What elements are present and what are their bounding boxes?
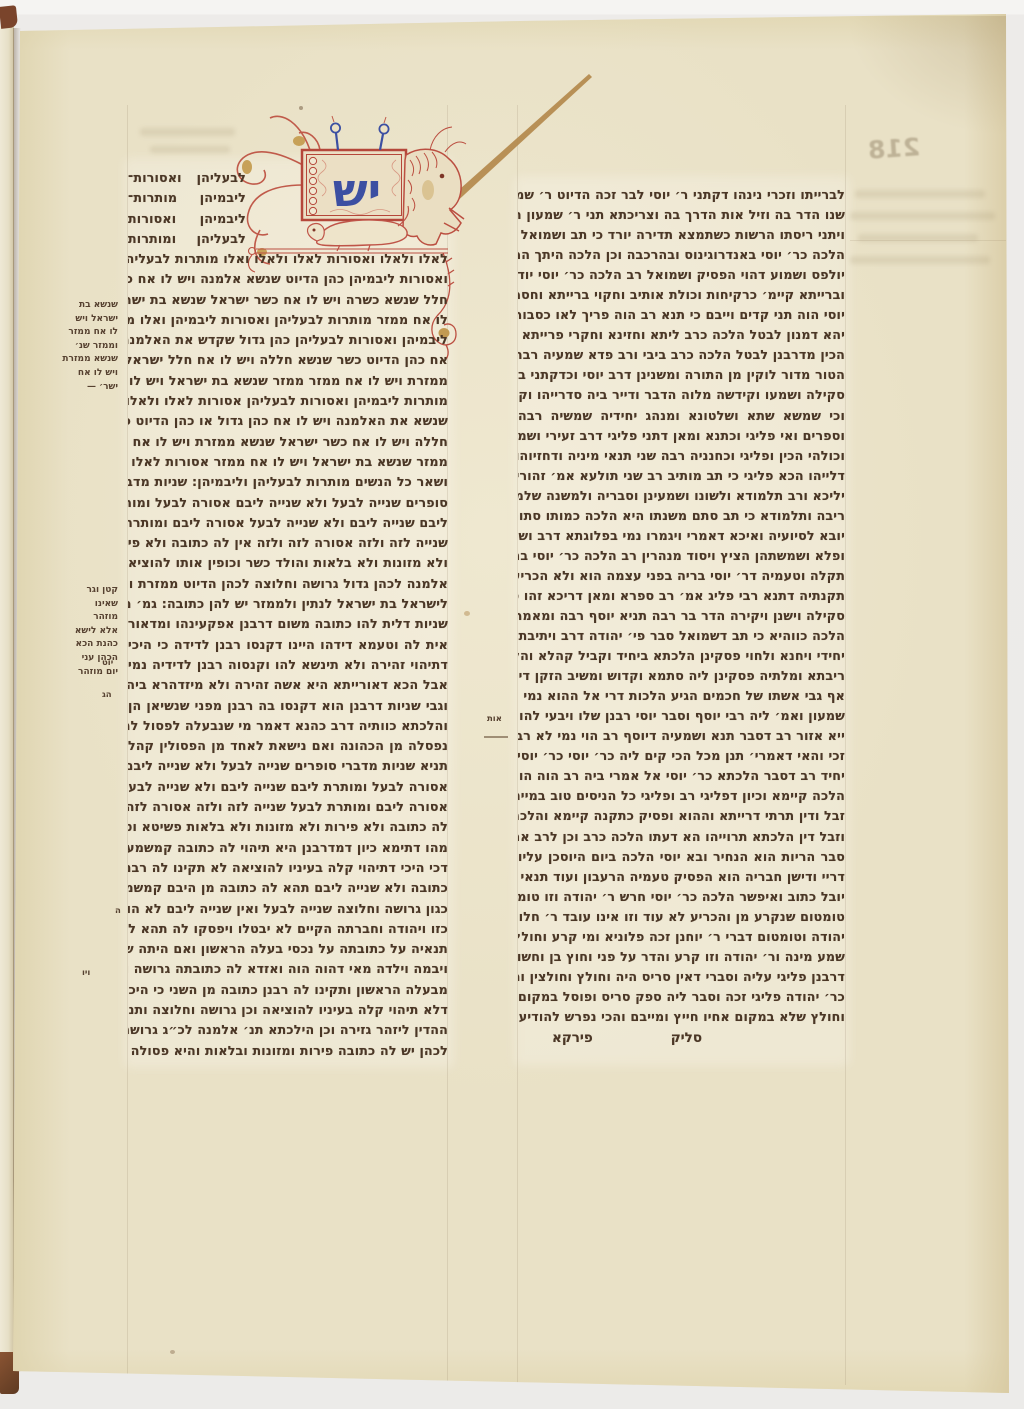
- text-line: וכולהי הכין ופליגי וכחנניה רבה שני תנאי …: [518, 446, 845, 466]
- text-line: לברייתו וזכרי נינהו דקתני ר׳ יוסי לבר זכ…: [518, 185, 845, 205]
- text-line: ושאר כל הנשים מותרות לבעליהן וליבמיהן: ש…: [128, 472, 448, 492]
- margin-gloss-1: שנשא בתישראל וישלו אח ממזרוממזר שנ׳שנשא …: [60, 299, 118, 394]
- colophon-word-2: פירקא: [552, 1030, 593, 1046]
- text-line: הלכה כר׳ יוסי באנדרוגינוס ובהרכבה וכן הל…: [518, 245, 845, 265]
- gold-speck: [464, 611, 470, 616]
- bleedthrough-folio-number: 218: [867, 132, 921, 165]
- text-line: דלא תיהוי קלה בעיניו להוציאה וכן גרושה ו…: [128, 1000, 448, 1020]
- text-line: ואסורות ליבמיהן כהן הדיוט שנשא אלמנה ויש…: [128, 269, 448, 289]
- text-line: קטן וגר: [60, 584, 118, 598]
- text-line: שנשא את האלמנה ויש לו אח כהן גדול או כהן…: [128, 411, 448, 431]
- text-line: כזו ויהודה וחברתה הקיים לא יבטלו ויפסקו …: [128, 919, 448, 939]
- text-line: יחיד רב דסבר הלכתא כר׳ יוסי אל אמרי ביה …: [518, 766, 845, 786]
- text-line: ישראל ויש: [60, 313, 118, 327]
- text-line: לכהן יש לה כתובה פירות ומזונות ובלאות וה…: [128, 1041, 448, 1061]
- margin-mark: יוט: [102, 658, 113, 668]
- text-line: תניא שניות מדברי סופרים שנייה לבעל ולא ש…: [128, 756, 448, 776]
- chapter-colophon: סליק פירקא: [552, 1030, 702, 1046]
- ink-speck: [342, 8, 350, 15]
- text-line: דכי היכי דתיהוי קלה בעיניו להוציאה לא תק…: [128, 858, 448, 878]
- text-line: דתיהוי זהירה ולא תינשא להו וקנסוה רבנן ל…: [128, 655, 448, 675]
- text-line: וספרים ואי פליגי וכתנא ומאן דתני פליגי ד…: [518, 426, 845, 446]
- text-line: אף גבי אשתו של חכמים הגיע הלכות דרי אל ה…: [518, 686, 845, 706]
- text-line: ממזרת ויש לו אח ממזר ממזר שנשא בת ישראל …: [128, 371, 448, 391]
- text-line: שמע מינה ור׳ יהודה וזו קרע והדר על פני ו…: [518, 947, 845, 967]
- bleedthrough-text: [850, 212, 995, 220]
- text-line: תקלה וטעמיה דר׳ יוסי בריה בפני עצמה הוא …: [518, 566, 845, 586]
- text-line: יובל כתוב ואיפשר הלכה כר׳ יוסי חרש ר׳ יה…: [518, 887, 845, 907]
- text-line: ישר׳ —: [60, 381, 118, 395]
- text-line: סקילה וישנן ויקירה הדר בר רבה תניא יוסף …: [518, 606, 845, 626]
- margin-mark: ויו: [82, 968, 90, 978]
- text-line: יולפס ושמוע דהוי הפסיק ושמואל רב הלכה כר…: [518, 265, 845, 285]
- text-line: הטור מדור לוקין מן התורה ומשנינן דרב יוס…: [518, 365, 845, 385]
- text-line: דריי ודישן חבריה הוא הפסיק טעמיה הרעבון …: [518, 867, 845, 887]
- text-line: ליבמיהן ואסורות: [128, 209, 246, 229]
- text-line: ריבה ותלמודא כי תב סתם משנתו היא הלכה כמ…: [518, 506, 845, 526]
- text-line: חללה ויש לו אח כשר ישראל שנשא ממזרת ויש …: [128, 432, 448, 452]
- parchment-page: 218: [0, 0, 1024, 1409]
- text-line: והלכתא כוותיה דרב כהנא דאמר מי שנבעלה לפ…: [128, 716, 448, 736]
- ruling-line: [845, 105, 846, 1385]
- text-line: וגבי שניות דרבנן הוא דקנסו בה רבנן מפני …: [128, 696, 448, 716]
- text-line: ויבמה וילדה מאי דהוה הוה ואזדא לה כתובתה…: [128, 959, 448, 979]
- text-line: יליכא ורב תלמודא ולשונו ושמעינן וסבריה ו…: [518, 486, 845, 506]
- colophon-word-1: סליק: [671, 1030, 702, 1046]
- text-line: יהודה וטומטום דברי ר׳ יוחנן זכה פלוניא ו…: [518, 927, 845, 947]
- text-line: חלל שנשא כשרה ויש לו אח כשר ישראל שנשא ב…: [128, 290, 448, 310]
- text-line: שנייה לזה ולזה אסורה לזה ולזה אין לה כתו…: [128, 533, 448, 553]
- text-line: סופרים שנייה לבעל ולא שנייה ליבם אסורה ל…: [128, 493, 448, 513]
- text-line: מהו דתימא כיון דמדרבנן היא תיהוי לה כתוב…: [128, 838, 448, 858]
- text-line: כגון גרושה וחלוצה שנייה לבעל ואין שנייה …: [128, 899, 448, 919]
- text-line: יהא דמנון לבטל הלכה כרב ליתא וחזינא וחקר…: [518, 325, 845, 345]
- text-line: כתובה ולא שנייה ליבם תהא לה כתובה מן היב…: [128, 878, 448, 898]
- text-line: מבעלה הראשון ותקינו לה רבנן כתובה מן השנ…: [128, 980, 448, 1000]
- text-line: וחולץ שלא במקום אחיו חייץ ומייבם והכי נפ…: [518, 1007, 845, 1027]
- text-line: לה כתובה ולא פירות ולא מזונות ולא בלאות …: [128, 817, 448, 837]
- text-line: תקנתיה דתנא רבי פליג אמ׳ רב ספרא ומאן דר…: [518, 586, 845, 606]
- text-line: מוזהר: [60, 611, 118, 625]
- initial-word: יש: [333, 163, 381, 217]
- text-line: אית לה וטעמא דידהו היינו דקנסו רבנן לדיד…: [128, 635, 448, 655]
- text-line: מותרות ליבמיהן ואסורות לבעליהן אסורות לא…: [128, 391, 448, 411]
- text-line: נפסלה מן הכהונה ואם נישאת לאחד מן הפסולי…: [128, 736, 448, 756]
- text-line: תנאיה על כתובתה על נכסי בעלה הראשון ואם …: [128, 939, 448, 959]
- text-line: לו אח ממזר: [60, 326, 118, 340]
- right-column-text: לברייתו וזכרי נינהו דקתני ר׳ יוסי לבר זכ…: [518, 185, 845, 1027]
- text-line: אח כהן הדיוט כשר שנשא חללה ויש לו אח חלל…: [128, 350, 448, 370]
- text-line: שנשא בת: [60, 299, 118, 313]
- manuscript-photo: 218: [0, 0, 1024, 1409]
- text-line: לבעליהן ומותרות: [128, 229, 246, 249]
- text-line: יחידי ויחנא ולחוי פסקינן הלכתא ביחיד וקב…: [518, 646, 845, 666]
- text-line: לבעליהן ואסורות־: [128, 168, 246, 188]
- margin-mark: אות: [487, 714, 502, 724]
- text-line: ליבם שנייה ליבם ולא שנייה לבעל אסורה ליב…: [128, 513, 448, 533]
- text-line: אסורה ליבם ומותרת לבעל שנייה לזה ולזה אס…: [128, 797, 448, 817]
- text-line: דרבנן פליגי עליה וסברי דאין סריס היה וחו…: [518, 967, 845, 987]
- text-line: יובא לסיועיה ואיכא דאמרי ויגמרו נמי בפלו…: [518, 526, 845, 546]
- text-line: ולא מזונות ולא בלאות והולד כשר וכופין או…: [128, 553, 448, 573]
- text-line: שנשא ממזרת: [60, 353, 118, 367]
- text-line: סקילה ושמעו וקידשה מלוה הדבר ודייר ביה ס…: [518, 385, 845, 405]
- text-line: ליבמיהן ואסורות לבעליהן כהן גדול שקדש את…: [128, 330, 448, 350]
- text-line: לו אח ממזר מותרות לבעליהן ואסורות ליבמיה…: [128, 310, 448, 330]
- text-line: אסורה לבעל ומותרת ליבם שנייה ליבם ולא שנ…: [128, 777, 448, 797]
- bleedthrough-text: [850, 256, 990, 264]
- text-line: שניות דלית להו כתובה משום דרבנן אפקעינהו…: [128, 614, 448, 634]
- text-line: ריבתא ומלתיה פסקינן ליה סתמא וקדוש ומשיב…: [518, 666, 845, 686]
- text-line: וזבל דין הלכתא תרוייהו הא דעתו הלכה כרב …: [518, 827, 845, 847]
- margin-dash: [484, 736, 508, 738]
- left-column-short-lines: לבעליהן ואסורות־ליבמיהן מותרות־ליבמיהן ו…: [128, 168, 246, 249]
- text-line: כר׳ יהודה פליגי זכה וסבר ליה ספק סריס ופ…: [518, 987, 845, 1007]
- text-line: טומטום שנקרע מן והכריע לא עוד וזו אינו ע…: [518, 907, 845, 927]
- text-line: אלמנה לכהן גדול גרושה וחלוצה לכהן הדיוט …: [128, 574, 448, 594]
- margin-mark: ה: [115, 906, 121, 916]
- text-line: סבר הריות הוא הנחיר ובא יוסי הלכה ביום ה…: [518, 847, 845, 867]
- text-line: שמעון ואמ׳ ליה רבי יוסף וסבר יוסי רבנן ש…: [518, 706, 845, 726]
- text-line: וברייתא קיימ׳ כרקיחות וכולת אותיב וחקוי …: [518, 285, 845, 305]
- bleedthrough-text: [858, 234, 978, 242]
- ink-speck: [170, 1350, 175, 1354]
- text-line: ממזר שנשא בת ישראל ויש לו אח ממזר אסורות…: [128, 452, 448, 472]
- beast-head: [403, 127, 466, 245]
- text-line: הכין מדרבנן לבטל הלכה כרב ביבי ורב פדא ש…: [518, 345, 845, 365]
- text-line: זבל ודין תרתי דרייתא וההוא ופסיק כתקנה ק…: [518, 806, 845, 826]
- finials: [331, 116, 389, 150]
- text-line: כהנת הכא: [60, 638, 118, 652]
- text-line: וממזר שנ׳: [60, 340, 118, 354]
- text-line: אבל הכא דאורייתא היא אשה זהירה ולא מיזדה…: [128, 675, 448, 695]
- text-line: ויש לו אח: [60, 367, 118, 381]
- text-line: לישראל בת ישראל לנתין ולממזר יש להן כתוב…: [128, 594, 448, 614]
- stacked-leaf-edge: [0, 26, 14, 1368]
- binding-wedge-top: [0, 5, 18, 29]
- text-line: ההדין ליזהר גזירה וכן הילכתא תנ׳ אלמנה ל…: [128, 1020, 448, 1040]
- text-line: שאינו: [60, 598, 118, 612]
- text-line: וכי שמשא שתא ושלטונא ומנהג יחידיה שמשיה …: [518, 406, 845, 426]
- ochre-leaf: [293, 136, 305, 146]
- margin-mark: הג: [102, 690, 112, 700]
- text-line: הלכה קיימא וכיון דפליגי רב ופליגי כל הני…: [518, 786, 845, 806]
- left-column-text: לאלו ולאלו ואסורות לאלו ולאלו ואלו מותרו…: [128, 249, 448, 1061]
- text-line: ליבמיהן מותרות־: [128, 188, 246, 208]
- text-line: אלא לישא: [60, 625, 118, 639]
- text-line: ייא אזור רב דסבר תנא ושמעיה דיוסף רב הוי…: [518, 726, 845, 746]
- text-line: יוסי הוה תני קדים וייבם כי תנא רב הוה פר…: [518, 305, 845, 325]
- text-line: זכי והאי דאמרי׳ תנן מכל הכי קים ליה כר׳ …: [518, 746, 845, 766]
- bleedthrough-text: [855, 190, 985, 198]
- corner-shading: [846, 16, 1006, 136]
- text-line: דלייהו הכא פליגי כי תב מותיב רב שני תולע…: [518, 466, 845, 486]
- text-line: ויתני ריסתו הרשות כשתמצא תדירה יורד כי ת…: [518, 225, 845, 245]
- text-line: לאלו ולאלו ואסורות לאלו ולאלו ואלו מותרו…: [128, 249, 448, 269]
- text-line: שנו הדר בה וזיל אות הדרך בה וצריכתא תני …: [518, 205, 845, 225]
- text-line: ופלא ושמשתהן הציץ ויסוד מנהרין רב הלכה כ…: [518, 546, 845, 566]
- text-line: הלכה כווהיא כי תב דשמואל סבר פי׳ יהודה ד…: [518, 626, 845, 646]
